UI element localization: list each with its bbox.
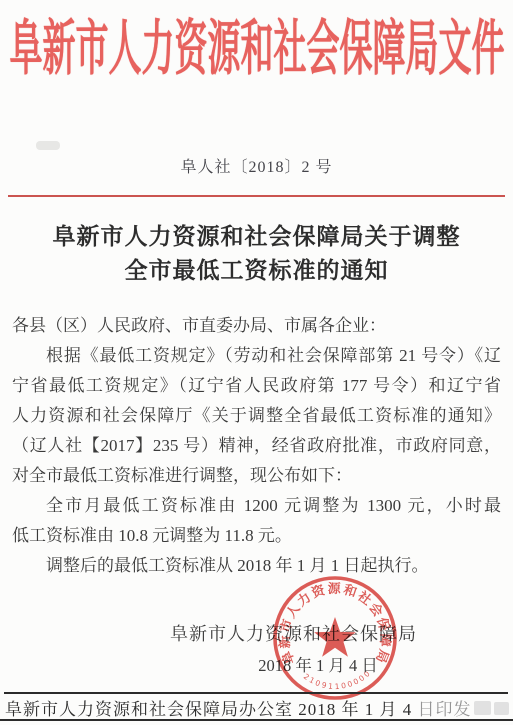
body-line: 根据《最低工资规定》（劳动和社会保障部第 21 号令）《辽	[12, 341, 501, 371]
body-line: 对全市最低工资标准进行调整，现公布如下：	[12, 461, 501, 491]
body-line: 人力资源和社会保障厅《关于调整全省最低工资标准的通知》	[12, 401, 501, 431]
scan-smudge	[36, 141, 60, 150]
seal-code-text: 21091100000	[302, 668, 373, 691]
document-title-line1: 阜新市人力资源和社会保障局关于调整	[0, 220, 513, 254]
document-body: 各县（区）人民政府、市直委办局、市属各企业： 根据《最低工资规定》（劳动和社会保…	[12, 311, 501, 581]
body-line: 调整后的最低工资标准从 2018 年 1 月 1 日起执行。	[12, 551, 501, 581]
official-seal: 阜新市人力资源和社会保障局 21091100000	[270, 573, 400, 703]
document-title-line2: 全市最低工资标准的通知	[0, 254, 513, 288]
letterhead-title: 阜新市人力资源和社会保障局文件	[9, 1, 504, 87]
body-line: （辽人社【2017】235 号）精神，经省政府批准，市政府同意，	[12, 431, 501, 461]
footer-rule-bottom	[0, 719, 513, 721]
body-line: 低工资标准由 10.8 元调整为 11.8 元。	[12, 521, 501, 551]
body-line: 全市月最低工资标准由 1200 元调整为 1300 元，小时最	[12, 491, 501, 521]
red-divider-line	[8, 195, 505, 197]
watermark-blob	[494, 702, 509, 715]
body-line: 宁省最低工资规定》（辽宁省人民政府第 177 号令）和辽宁省	[12, 371, 501, 401]
watermark-blob	[474, 701, 491, 715]
document-title: 阜新市人力资源和社会保障局关于调整 全市最低工资标准的通知	[0, 220, 513, 288]
document-number: 阜人社〔2018〕2 号	[0, 154, 513, 177]
document-page: 阜新市人力资源和社会保障局文件 阜人社〔2018〕2 号 阜新市人力资源和社会保…	[0, 0, 513, 725]
seal-star-icon	[314, 617, 356, 657]
body-line: 各县（区）人民政府、市直委办局、市属各企业：	[12, 311, 501, 341]
footer-fade-artifact	[420, 694, 476, 719]
red-letterhead: 阜新市人力资源和社会保障局文件	[0, 8, 513, 80]
